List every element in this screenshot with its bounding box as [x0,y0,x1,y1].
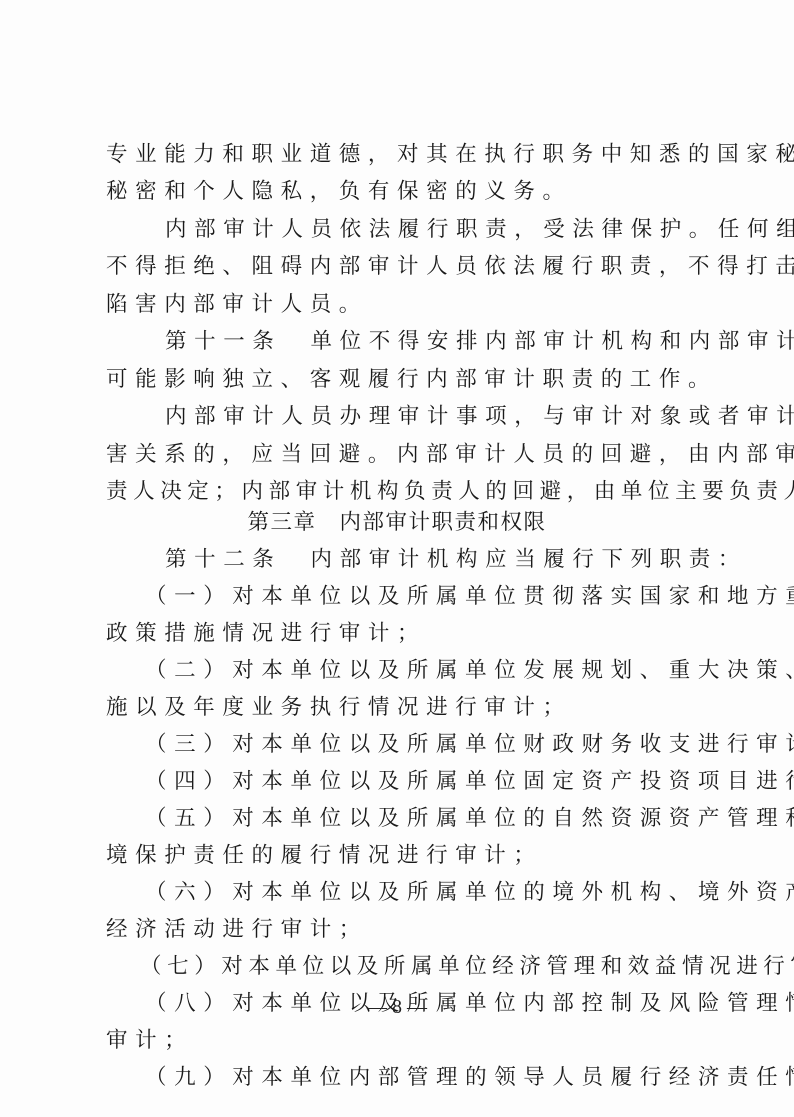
duty-6-line-2: 经济活动进行审计； [106,914,696,946]
body-line-5: 陷害内部审计人员。 [106,289,696,321]
duty-1-line-2: 政策措施情况进行审计； [106,618,696,650]
article-11-line-1: 第十一条 单位不得安排内部审计机构和内部审计人员从事 [165,326,696,358]
duty-1-line-1: （一）对本单位以及所属单位贯彻落实国家和地方重大经济 [145,581,696,613]
duty-7: （七）对本单位以及所属单位经济管理和效益情况进行审计； [140,951,696,983]
body-line-2: 秘密和个人隐私，负有保密的义务。 [106,176,696,208]
chapter-heading: 第三章 内部审计职责和权限 [0,507,794,539]
recusal-line-2: 害关系的，应当回避。内部审计人员的回避，由内部审计机构负 [106,439,696,471]
page-number: — 8 — [0,993,794,1021]
duty-2-line-2: 施以及年度业务执行情况进行审计； [106,692,696,724]
body-line-1: 专业能力和职业道德，对其在执行职务中知悉的国家秘密、商业 [106,139,696,171]
duty-9-line-1: （九）对本单位内部管理的领导人员履行经济责任情况进行 [145,1062,696,1094]
duty-6-line-1: （六）对本单位以及所属单位的境外机构、境外资产和境外 [145,877,696,909]
document-page: 专业能力和职业道德，对其在执行职务中知悉的国家秘密、商业 秘密和个人隐私，负有保… [0,0,794,1117]
duty-4: （四）对本单位以及所属单位固定资产投资项目进行审计； [145,766,696,798]
duty-3: （三）对本单位以及所属单位财政财务收支进行审计； [145,729,696,761]
duty-8-line-2: 审计； [106,1025,696,1057]
duty-5-line-2: 境保护责任的履行情况进行审计； [106,840,696,872]
article-12-intro: 第十二条 内部审计机构应当履行下列职责： [165,544,696,576]
recusal-line-3: 责人决定；内部审计机构负责人的回避，由单位主要负责人决定。 [106,476,696,508]
duty-5-line-1: （五）对本单位以及所属单位的自然资源资产管理和生态环 [145,803,696,835]
duty-2-line-1: （二）对本单位以及所属单位发展规划、重大决策、重大措 [145,655,696,687]
article-11-line-2: 可能影响独立、客观履行内部审计职责的工作。 [106,364,696,396]
body-line-3: 内部审计人员依法履行职责，受法律保护。任何组织和个人 [165,214,696,246]
body-line-4: 不得拒绝、阻碍内部审计人员依法履行职责，不得打击、报复、 [106,251,696,283]
recusal-line-1: 内部审计人员办理审计事项，与审计对象或者审计事项有利 [165,401,696,433]
